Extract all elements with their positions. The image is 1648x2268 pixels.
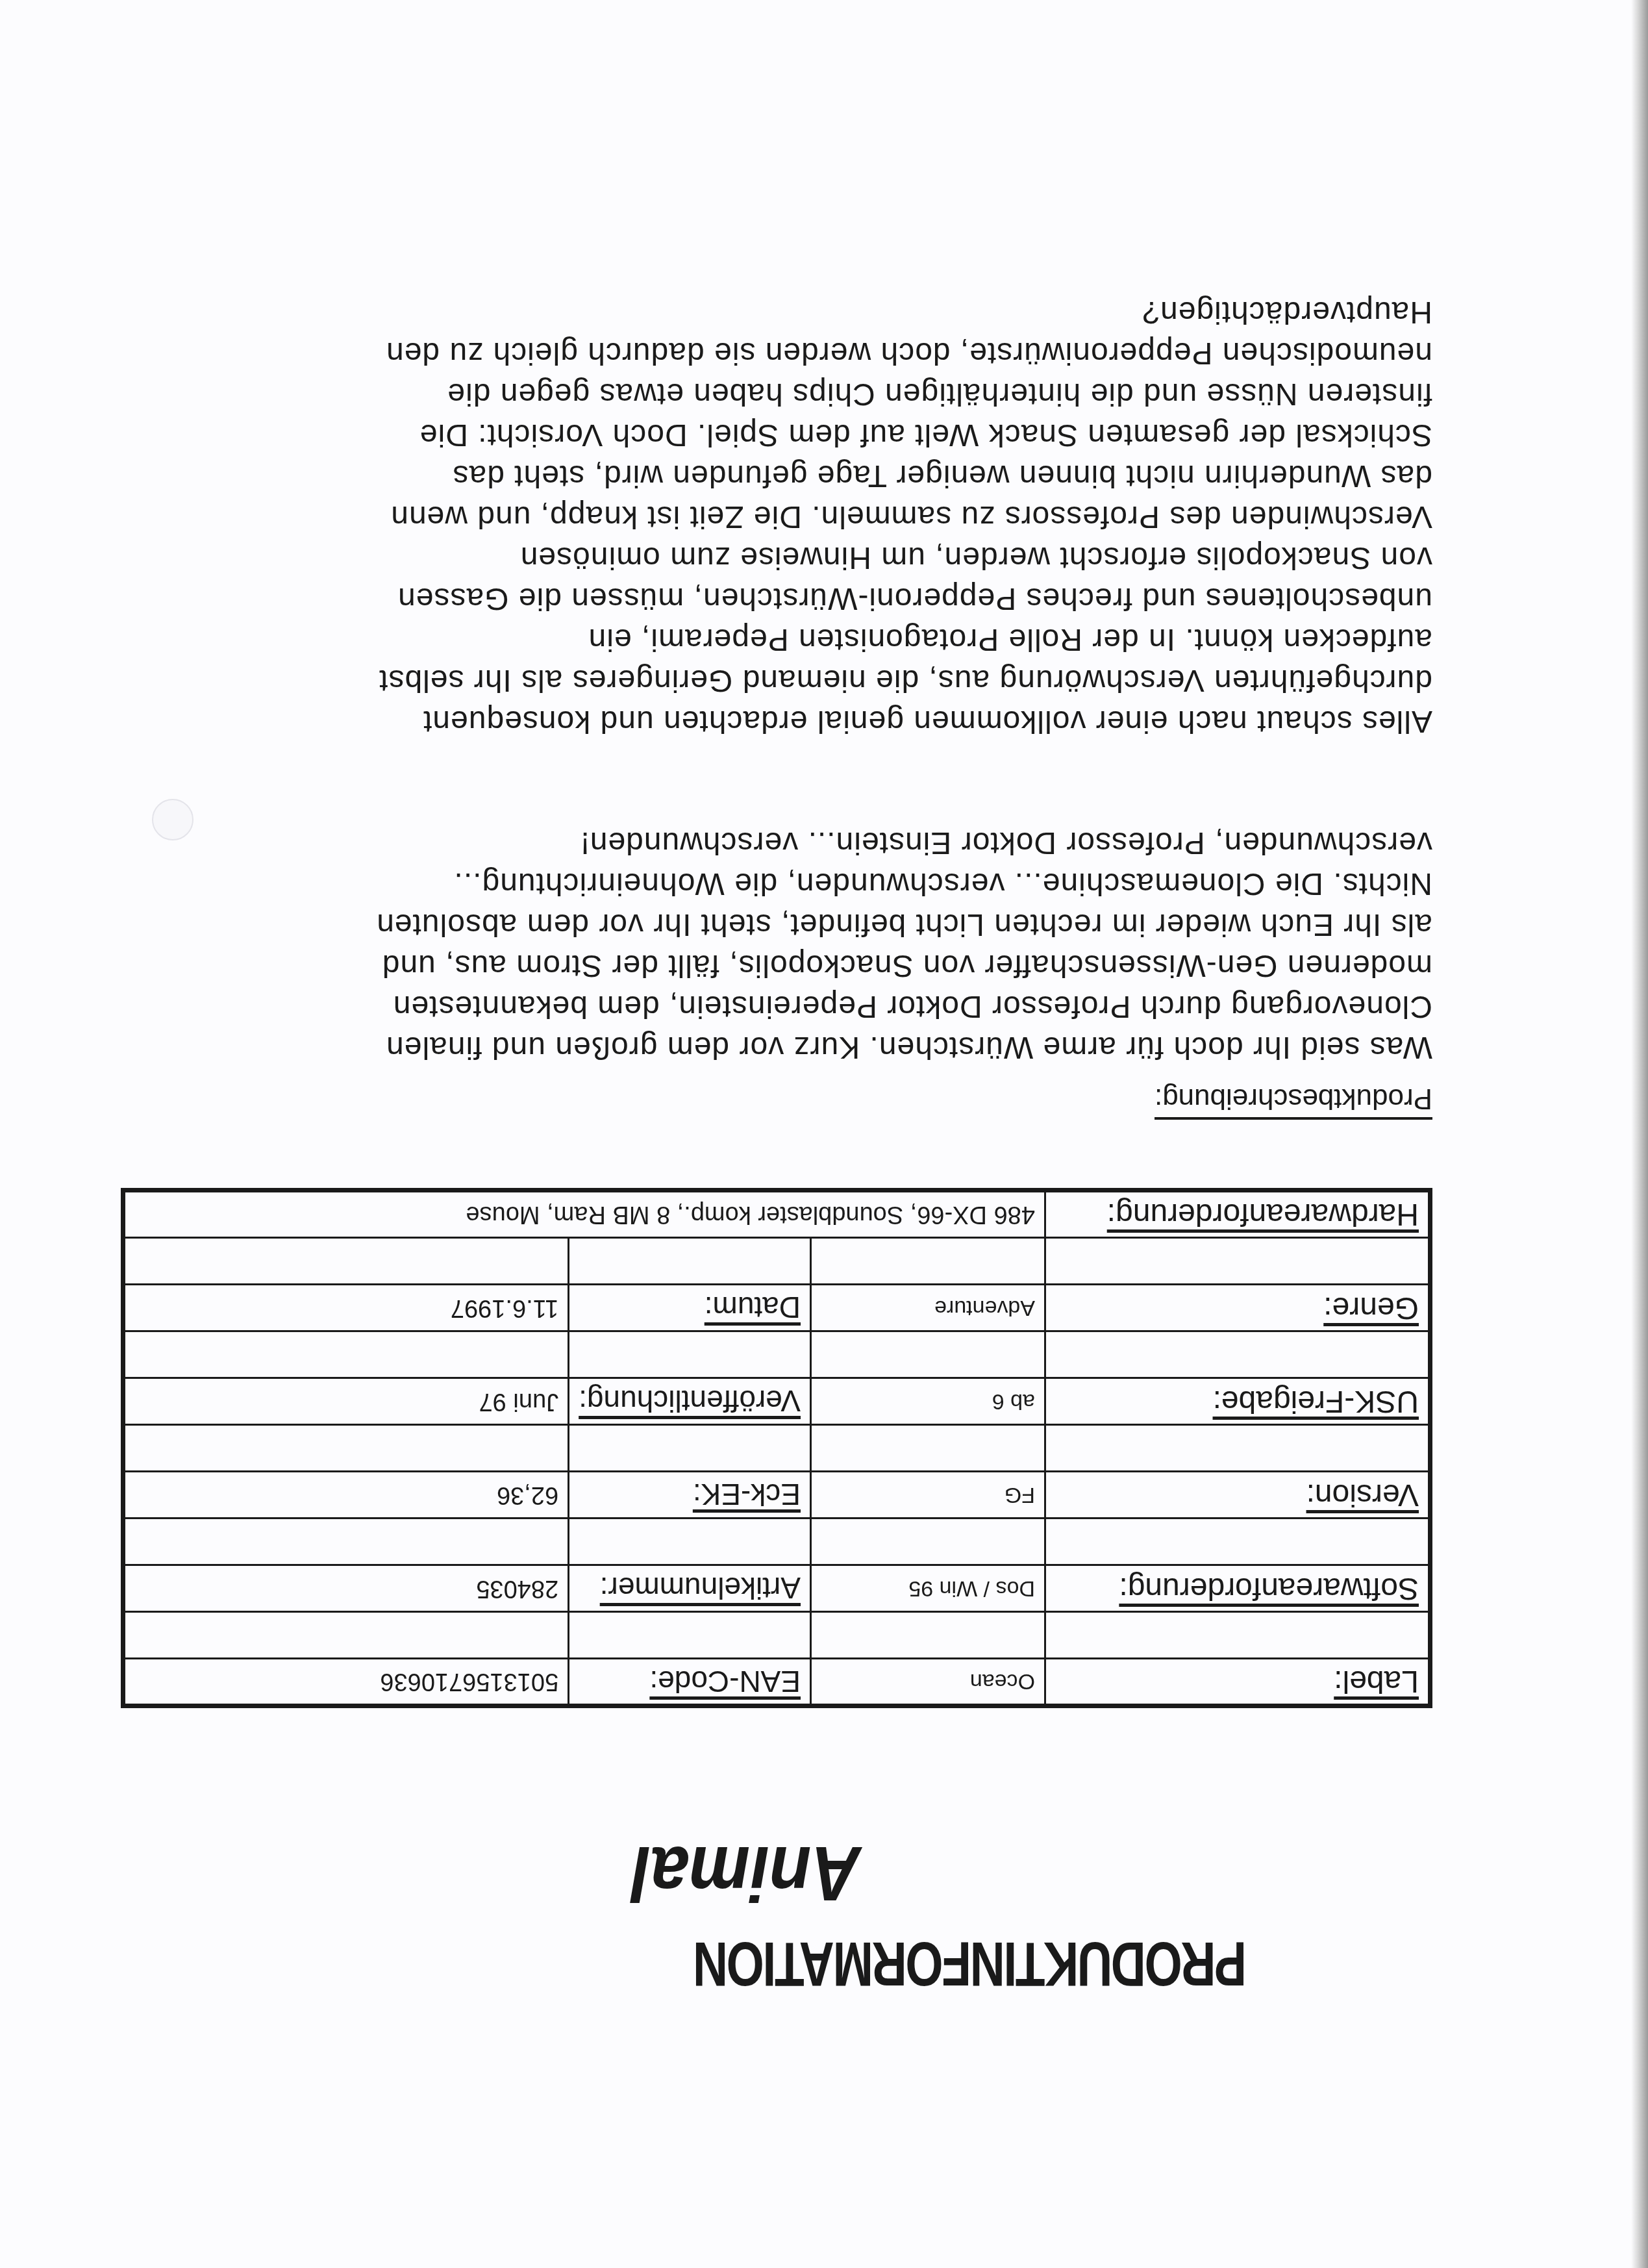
document-title: PRODUKTINFORMATION [694,1928,1247,1999]
field-label: Genre: [1323,1291,1419,1325]
field-label-cell: Eck-EK: [569,1472,811,1518]
spacer-row [123,1238,1430,1285]
description-paragraph: Alles schaut nach einer vollkommen genia… [147,292,1432,742]
spacer-row [123,1425,1430,1472]
field-value: FG [811,1472,1045,1518]
empty-cell [123,1518,569,1565]
field-label: USK-Freigabe: [1213,1384,1419,1418]
field-label-cell: Veröffentlichung: [569,1378,811,1425]
table-row: Genre:AdventureDatum:11.6.1997 [123,1285,1430,1331]
empty-cell [1045,1238,1430,1285]
empty-cell [123,1425,569,1472]
field-label-cell: Artikelnummer: [569,1565,811,1612]
empty-cell [811,1612,1045,1659]
table-row: Label:OceanEAN-Code:5013156710636 [123,1659,1430,1706]
field-value: Ocean [811,1659,1045,1706]
scanned-page: PRODUKTINFORMATION Animal Label:OceanEAN… [0,0,1648,2268]
empty-cell [123,1612,569,1659]
field-label-cell: Version: [1045,1472,1430,1518]
product-info-table: Label:OceanEAN-Code:5013156710636Softwar… [121,1188,1432,1708]
field-label-cell: Softwareanforderung: [1045,1565,1430,1612]
spacer-row [123,1612,1430,1659]
field-value: 5013156710636 [123,1659,569,1706]
field-value: Juni 97 [123,1378,569,1425]
field-label-cell: USK-Freigabe: [1045,1378,1430,1425]
field-label: Artikelnummer: [600,1572,801,1606]
empty-cell [123,1331,569,1378]
empty-cell [569,1518,811,1565]
empty-cell [811,1425,1045,1472]
table-row: Version:FGEck-EK:62,36 [123,1472,1430,1518]
empty-cell [569,1612,811,1659]
field-value: 486 DX-66, Soundblaster komp., 8 MB Ram,… [123,1191,1045,1238]
empty-cell [569,1238,811,1285]
field-label: Eck-EK: [693,1478,801,1512]
empty-cell [123,1238,569,1285]
table-row: USK-Freigabe:ab 6Veröffentlichung:Juni 9… [123,1378,1430,1425]
field-label: Softwareanforderung: [1119,1571,1419,1606]
field-label: Hardwareanforderung: [1107,1198,1419,1232]
empty-cell [1045,1331,1430,1378]
field-value: 284035 [123,1565,569,1612]
empty-cell [569,1425,811,1472]
spacer-row [123,1518,1430,1565]
field-value: ab 6 [811,1378,1045,1425]
table-row: Softwareanforderung:Dos / Win 95Artikeln… [123,1565,1430,1612]
spacer-row [123,1331,1430,1378]
field-value: 62,36 [123,1472,569,1518]
field-label: Label: [1334,1665,1419,1699]
product-name: Animal [631,1829,861,1917]
field-label-cell: Genre: [1045,1285,1430,1331]
empty-cell [811,1331,1045,1378]
field-label-cell: Hardwareanforderung: [1045,1191,1430,1238]
field-label: Veröffentlichung: [579,1385,801,1418]
field-label-cell: Datum: [569,1285,811,1331]
empty-cell [1045,1425,1430,1472]
field-label: Datum: [705,1291,801,1325]
field-label-cell: EAN-Code: [569,1659,811,1706]
field-value: Dos / Win 95 [811,1565,1045,1612]
description-heading: Produktbeschreibung: [1155,1082,1432,1120]
field-label: Version: [1306,1478,1419,1512]
empty-cell [1045,1518,1430,1565]
scan-edge-shadow [1631,0,1648,2268]
empty-cell [569,1331,811,1378]
table-row-hardware: Hardwareanforderung:486 DX-66, Soundblas… [123,1191,1430,1238]
field-value: 11.6.1997 [123,1285,569,1331]
field-label-cell: Label: [1045,1659,1430,1706]
field-value: Adventure [811,1285,1045,1331]
empty-cell [811,1518,1045,1565]
empty-cell [1045,1612,1430,1659]
description-paragraph: Was seid Ihr doch für arme Würstchen. Ku… [147,822,1432,1068]
field-label: EAN-Code: [649,1665,801,1698]
empty-cell [811,1238,1045,1285]
product-description: Was seid Ihr doch für arme Würstchen. Ku… [147,211,1432,1068]
